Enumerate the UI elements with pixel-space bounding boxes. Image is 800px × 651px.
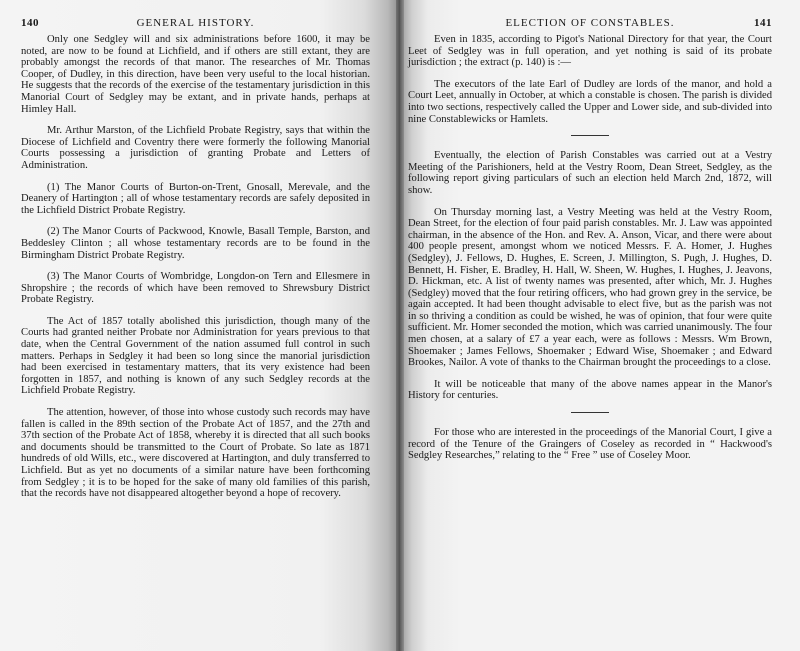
paragraph: Only one Sedgley will and six administra… [21,34,370,115]
book-spine-gutter [396,0,404,651]
right-running-title: ELECTION OF CONSTABLES. [426,17,754,29]
quoted-extract: The executors of the late Earl of Dudley… [408,79,772,125]
left-page: 140 GENERAL HISTORY. 000 Only one Sedgle… [0,0,400,651]
list-item-paragraph: (3) The Manor Courts of Wombridge, Longd… [21,271,370,306]
left-page-number: 140 [21,17,39,29]
left-running-head: 140 GENERAL HISTORY. 000 [21,17,370,29]
list-item-paragraph: (2) The Manor Courts of Packwood, Knowle… [21,226,370,261]
book-spread: 140 GENERAL HISTORY. 000 Only one Sedgle… [0,0,800,651]
right-page: 000 ELECTION OF CONSTABLES. 141 Even in … [400,0,800,651]
paragraph: The Act of 1857 totally abolished this j… [21,316,370,397]
paragraph: It will be noticeable that many of the a… [408,379,772,402]
quoted-report: On Thursday morning last, a Vestry Meeti… [408,207,772,369]
right-running-head: 000 ELECTION OF CONSTABLES. 141 [408,17,772,29]
section-divider [571,135,609,136]
paragraph: Eventually, the election of Parish Const… [408,150,772,196]
paragraph: Mr. Arthur Marston, of the Lichfield Pro… [21,125,370,171]
list-item-paragraph: (1) The Manor Courts of Burton-on-Trent,… [21,182,370,217]
paragraph: The attention, however, of those into wh… [21,407,370,500]
left-running-title: GENERAL HISTORY. [39,17,352,29]
right-page-number: 141 [754,17,772,29]
section-divider [571,412,609,413]
paragraph: For those who are interested in the proc… [408,427,772,462]
paragraph: Even in 1835, according to Pigot's Natio… [408,34,772,69]
